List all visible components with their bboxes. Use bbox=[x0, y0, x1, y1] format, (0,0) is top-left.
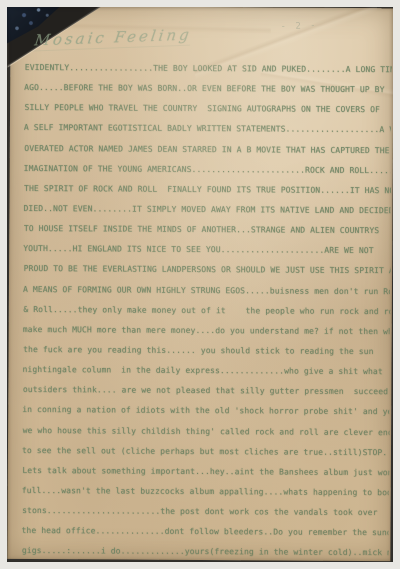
typed-line: Lets talk about something important...he… bbox=[22, 461, 389, 483]
typed-line: to see the sell out (cliche perhaps but … bbox=[22, 441, 389, 463]
typed-line: gigs.....:......i do.............yours(f… bbox=[22, 541, 389, 562]
photograph-of-document: - 2 - Mosaic Feeling EVIDENTLY..........… bbox=[0, 0, 400, 569]
typed-line: the head office..............dont follow… bbox=[21, 521, 388, 543]
typed-line: EVIDENTLY.................THE BOY LOOKED… bbox=[25, 58, 392, 80]
typed-line: the fuck are you reading this...... you … bbox=[23, 340, 390, 362]
typed-line: TO HOUSE ITSELF INSIDE THE MINDS OF ANOT… bbox=[24, 219, 391, 241]
typed-line: DIED..NOT EVEN........IT SIMPLY MOVED AW… bbox=[23, 199, 390, 221]
typed-line: nightingale column in the daily express.… bbox=[22, 360, 389, 382]
typed-line: AGO.....BEFORE THE BOY WAS BORN..OR EVEN… bbox=[24, 78, 391, 100]
typed-line: make much MUCH more than mere money....d… bbox=[23, 320, 390, 342]
pencil-page-number: - 2 - bbox=[280, 21, 317, 32]
typed-line: stons.......................the post don… bbox=[22, 501, 389, 523]
typed-line: & Roll.....they only make money out of i… bbox=[23, 300, 390, 322]
typed-line: we who house this silly childish thing' … bbox=[23, 420, 390, 442]
typed-line: A MEANS OF FORMING OUR OWN HIGHLY STRUNG… bbox=[23, 279, 390, 301]
typed-line: in conning a nation of idiots with the o… bbox=[22, 400, 389, 422]
typed-line: YOUTH.....HI ENGLAND ITS NICE TO SEE YOU… bbox=[23, 239, 390, 261]
typed-line: outsiders think.... are we not pleased t… bbox=[23, 380, 390, 402]
typed-line: SILLY PEOPLE WHO TRAVEL THE COUNTRY SIGN… bbox=[25, 98, 392, 120]
typed-text-block: EVIDENTLY.................THE BOY LOOKED… bbox=[21, 58, 391, 561]
dark-photo-mount: - 2 - Mosaic Feeling EVIDENTLY..........… bbox=[7, 7, 393, 562]
typed-line: A SELF IMPORTANT EGOTISTICAL BADLY WRITT… bbox=[24, 118, 391, 140]
typewritten-page: - 2 - Mosaic Feeling EVIDENTLY..........… bbox=[7, 7, 393, 561]
typed-line: IMAGINATION OF THE YOUNG AMERICANS......… bbox=[24, 159, 391, 181]
typed-line: THE SPIRIT OF ROCK AND ROLL FINALLY FOUN… bbox=[24, 179, 391, 201]
typed-line: full....wasn't the last buzzcocks album … bbox=[22, 481, 389, 503]
typed-line: OVERATED ACTOR NAMED JAMES DEAN STARRED … bbox=[24, 138, 391, 160]
typed-line: PROUD TO BE THE EVERLASTING LANDPERSONS … bbox=[24, 259, 391, 281]
